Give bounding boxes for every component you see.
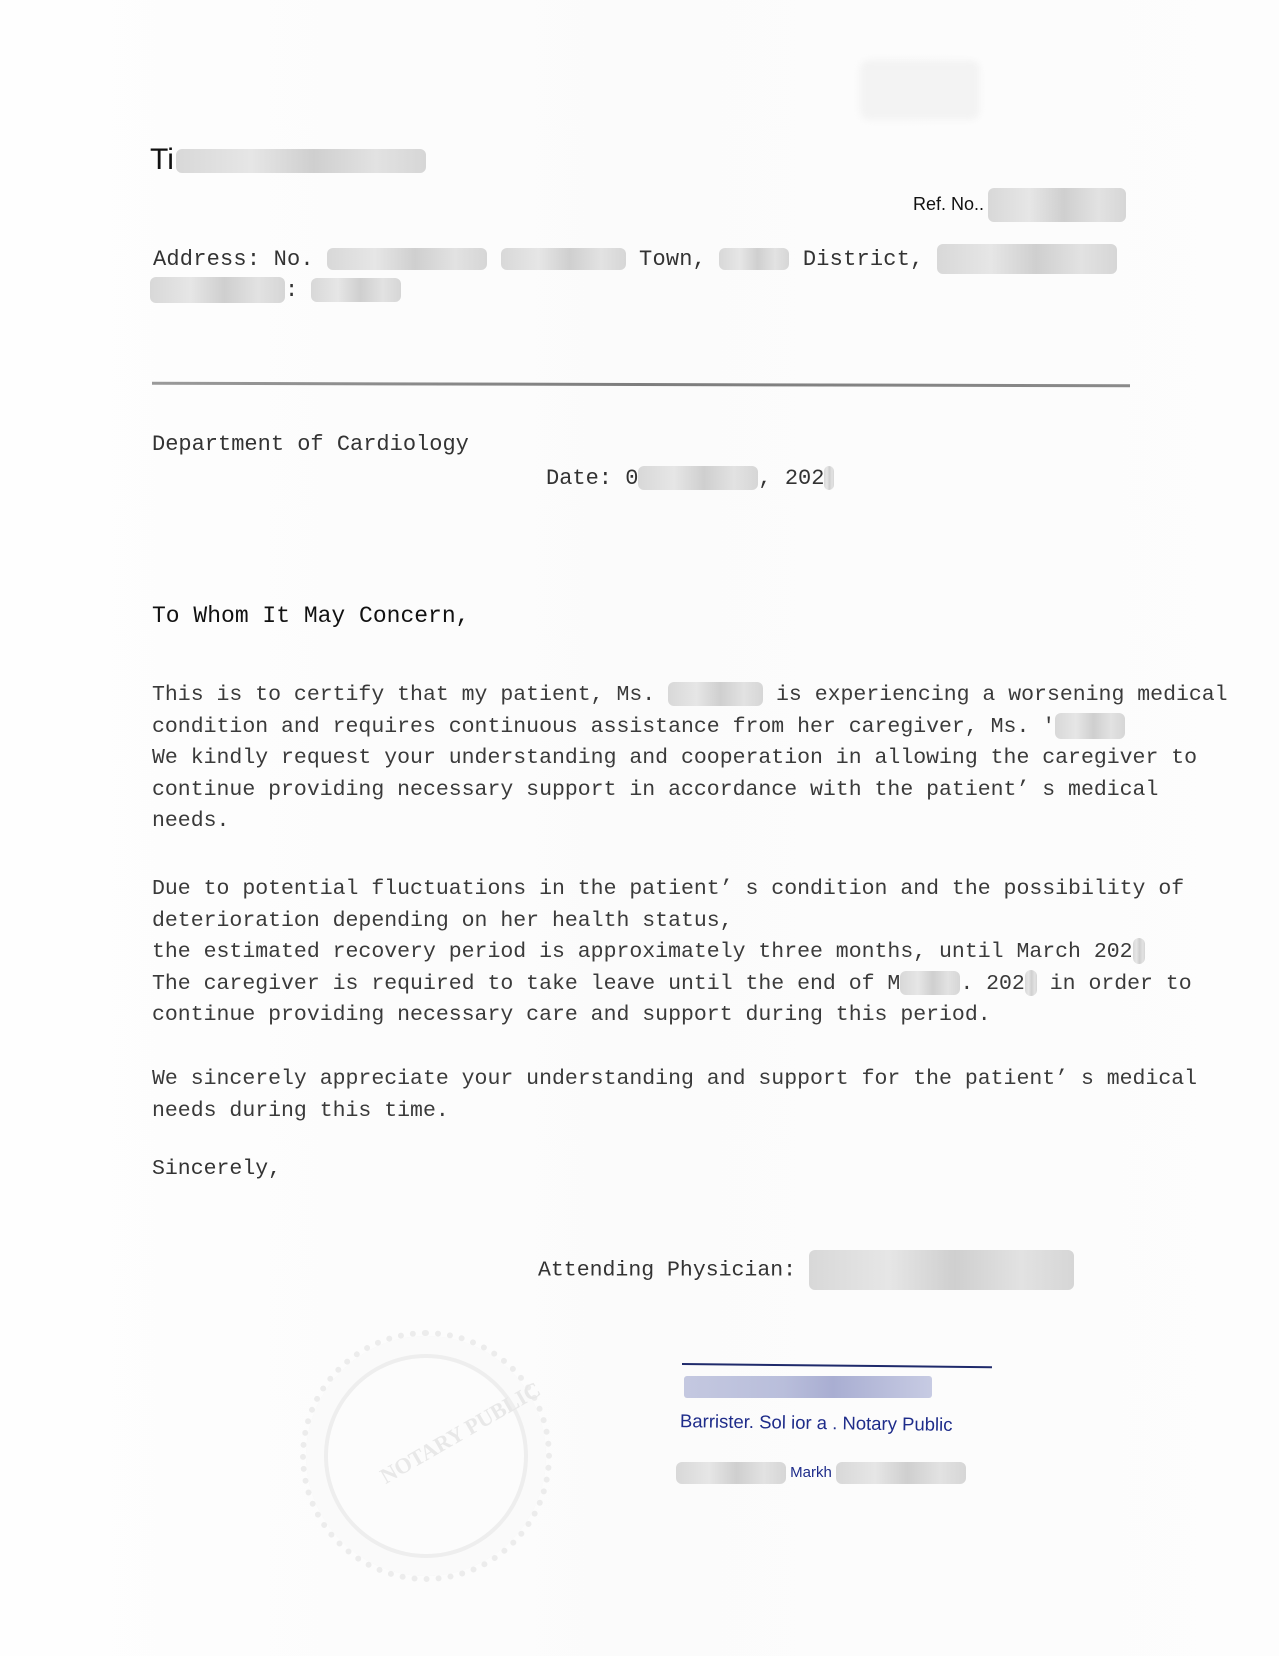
redacted-notary-street bbox=[676, 1462, 786, 1484]
para2-line1: Due to potential fluctuations in the pat… bbox=[152, 874, 1192, 906]
date-suffix: , 202 bbox=[758, 466, 824, 491]
closing: Sincerely, bbox=[152, 1157, 281, 1181]
para2-line2: deterioration depending on her health st… bbox=[152, 906, 1192, 938]
ref-label: Ref. No.. bbox=[913, 194, 984, 214]
redacted-physician-name bbox=[809, 1250, 1074, 1290]
redacted-town bbox=[719, 248, 789, 270]
redacted-year-digit bbox=[1025, 970, 1037, 996]
para3-line2: needs during this time. bbox=[152, 1096, 1197, 1128]
text: is experiencing a worsening medical bbox=[776, 683, 1228, 707]
paragraph-certification: This is to certify that my patient, Ms. … bbox=[152, 680, 1228, 838]
redacted-notary-name bbox=[684, 1376, 932, 1398]
letter-date: Date: 0, 202 bbox=[546, 466, 834, 491]
notary-city-partial: Markh bbox=[790, 1464, 832, 1481]
paragraph-appreciation: We sincerely appreciate your understandi… bbox=[152, 1064, 1197, 1127]
redacted-street bbox=[327, 248, 487, 270]
redacted-road bbox=[501, 248, 626, 270]
title-text: Ti bbox=[150, 143, 174, 176]
redacted-postcode bbox=[311, 278, 401, 302]
redacted-year-digit bbox=[824, 466, 834, 490]
institution-title: Ti bbox=[150, 143, 426, 177]
paragraph-recovery: Due to potential fluctuations in the pat… bbox=[152, 874, 1192, 1032]
para1-line3: We kindly request your understanding and… bbox=[152, 743, 1228, 775]
text: The caregiver is required to take leave … bbox=[152, 972, 900, 996]
redacted-title bbox=[176, 149, 426, 173]
para2-line5: continue providing necessary care and su… bbox=[152, 1000, 1192, 1032]
address-label: Address: No. bbox=[153, 247, 314, 272]
header-divider bbox=[152, 382, 1130, 388]
address-district: District, bbox=[803, 247, 924, 272]
redacted-month bbox=[900, 971, 960, 995]
para1-line4: continue providing necessary support in … bbox=[152, 775, 1228, 807]
para1-line1: This is to certify that my patient, Ms. … bbox=[152, 680, 1228, 712]
address-town: Town, bbox=[639, 247, 706, 272]
notary-name bbox=[684, 1376, 932, 1402]
department: Department of Cardiology bbox=[152, 432, 469, 457]
para2-line4: The caregiver is required to take leave … bbox=[152, 969, 1192, 1001]
address-line-1: Address: No. Town, District, bbox=[153, 244, 1117, 274]
text: the estimated recovery period is approxi… bbox=[152, 940, 1133, 964]
scan-artifact bbox=[860, 60, 980, 120]
redacted-city bbox=[937, 244, 1117, 274]
salutation: To Whom It May Concern, bbox=[152, 603, 469, 629]
address-line-2: : bbox=[150, 277, 401, 303]
date-prefix: Date: 0 bbox=[546, 466, 638, 491]
text: condition and requires continuous assist… bbox=[152, 715, 1055, 739]
reference-number: Ref. No.. bbox=[913, 188, 1126, 222]
physician-label: Attending Physician: bbox=[538, 1259, 809, 1283]
redacted-date bbox=[638, 466, 758, 490]
address-colon: : bbox=[285, 278, 298, 303]
redacted-caregiver-name bbox=[1055, 713, 1125, 739]
notary-address: Markh bbox=[676, 1462, 966, 1484]
document-page: Ti Ref. No.. Address: No. Town, District… bbox=[0, 0, 1279, 1656]
para2-line3: the estimated recovery period is approxi… bbox=[152, 937, 1192, 969]
redacted-ref bbox=[988, 188, 1126, 222]
redacted-year-digit bbox=[1133, 938, 1145, 964]
signature-line bbox=[682, 1363, 992, 1368]
redacted-patient-name bbox=[668, 682, 763, 706]
redacted-postcode-label bbox=[150, 277, 285, 303]
para1-line5: needs. bbox=[152, 806, 1228, 838]
redacted-notary-city bbox=[836, 1462, 966, 1484]
para1-line2: condition and requires continuous assist… bbox=[152, 712, 1228, 744]
para3-line1: We sincerely appreciate your understandi… bbox=[152, 1064, 1197, 1096]
text: . 202 bbox=[960, 972, 1025, 996]
notary-title: Barrister. Sol ior a . Notary Public bbox=[680, 1410, 953, 1436]
text: in order to bbox=[1037, 972, 1192, 996]
attending-physician: Attending Physician: bbox=[538, 1250, 1074, 1290]
text: This is to certify that my patient, Ms. bbox=[152, 683, 655, 707]
